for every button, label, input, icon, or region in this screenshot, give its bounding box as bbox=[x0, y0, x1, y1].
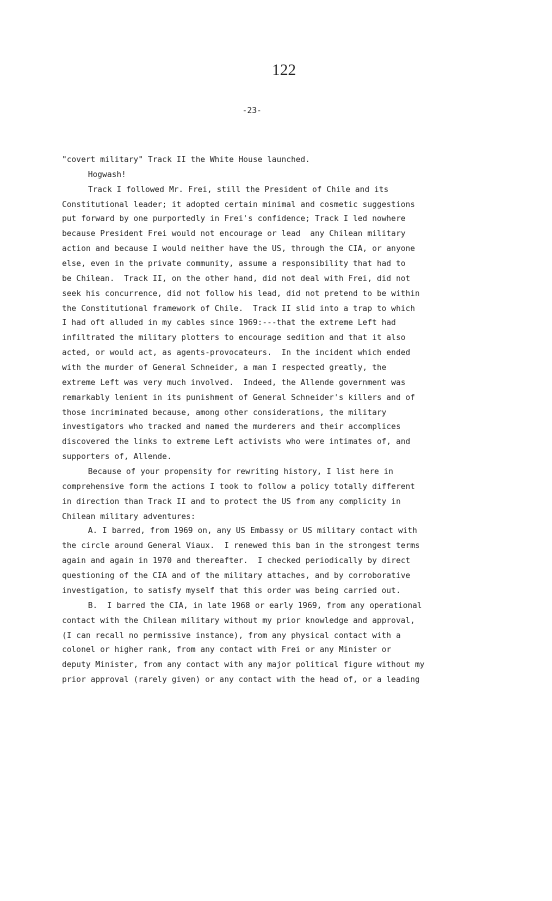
text-line: (I can recall no permissive instance), f… bbox=[62, 629, 532, 644]
text-line: action and because I would neither have … bbox=[62, 242, 532, 257]
text-line: B. I barred the CIA, in late 1968 or ear… bbox=[62, 599, 532, 614]
text-line: in direction than Track II and to protec… bbox=[62, 495, 532, 510]
text-line: be Chilean. Track II, on the other hand,… bbox=[62, 272, 532, 287]
document-body: "covert military" Track II the White Hou… bbox=[62, 153, 532, 688]
text-line: comprehensive form the actions I took to… bbox=[62, 480, 532, 495]
text-line: I had oft alluded in my cables since 196… bbox=[62, 316, 532, 331]
text-line: those incriminated because, among other … bbox=[62, 406, 532, 421]
text-line: discovered the links to extreme Left act… bbox=[62, 435, 532, 450]
text-line: remarkably lenient in its punishment of … bbox=[62, 391, 532, 406]
folio-page-marker: -23- bbox=[0, 106, 528, 115]
text-line: questioning of the CIA and of the milita… bbox=[62, 569, 532, 584]
text-line: the Constitutional framework of Chile. T… bbox=[62, 302, 532, 317]
text-line: investigation, to satisfy myself that th… bbox=[62, 584, 532, 599]
text-line: investigators who tracked and named the … bbox=[62, 420, 532, 435]
text-line: again and again in 1970 and thereafter. … bbox=[62, 554, 532, 569]
text-line: Because of your propensity for rewriting… bbox=[62, 465, 532, 480]
text-line: supporters of, Allende. bbox=[62, 450, 532, 465]
text-line: extreme Left was very much involved. Ind… bbox=[62, 376, 532, 391]
text-line: prior approval (rarely given) or any con… bbox=[62, 673, 532, 688]
text-line: else, even in the private community, ass… bbox=[62, 257, 532, 272]
text-line: because President Frei would not encoura… bbox=[62, 227, 532, 242]
text-line: colonel or higher rank, from any contact… bbox=[62, 643, 532, 658]
text-line: Constitutional leader; it adopted certai… bbox=[62, 198, 532, 213]
text-line: Hogwash! bbox=[62, 168, 532, 183]
text-line: put forward by one purportedly in Frei's… bbox=[62, 212, 532, 227]
page-number: 122 bbox=[8, 62, 552, 80]
text-line: with the murder of General Schneider, a … bbox=[62, 361, 532, 376]
text-line: contact with the Chilean military withou… bbox=[62, 614, 532, 629]
text-line: Chilean military adventures: bbox=[62, 510, 532, 525]
text-line: deputy Minister, from any contact with a… bbox=[62, 658, 532, 673]
text-line: the circle around General Viaux. I renew… bbox=[62, 539, 532, 554]
text-line: infiltrated the military plotters to enc… bbox=[62, 331, 532, 346]
text-line: acted, or would act, as agents-provocate… bbox=[62, 346, 532, 361]
text-line: "covert military" Track II the White Hou… bbox=[62, 153, 532, 168]
text-line: A. I barred, from 1969 on, any US Embass… bbox=[62, 524, 532, 539]
text-line: Track I followed Mr. Frei, still the Pre… bbox=[62, 183, 532, 198]
text-line: seek his concurrence, did not follow his… bbox=[62, 287, 532, 302]
